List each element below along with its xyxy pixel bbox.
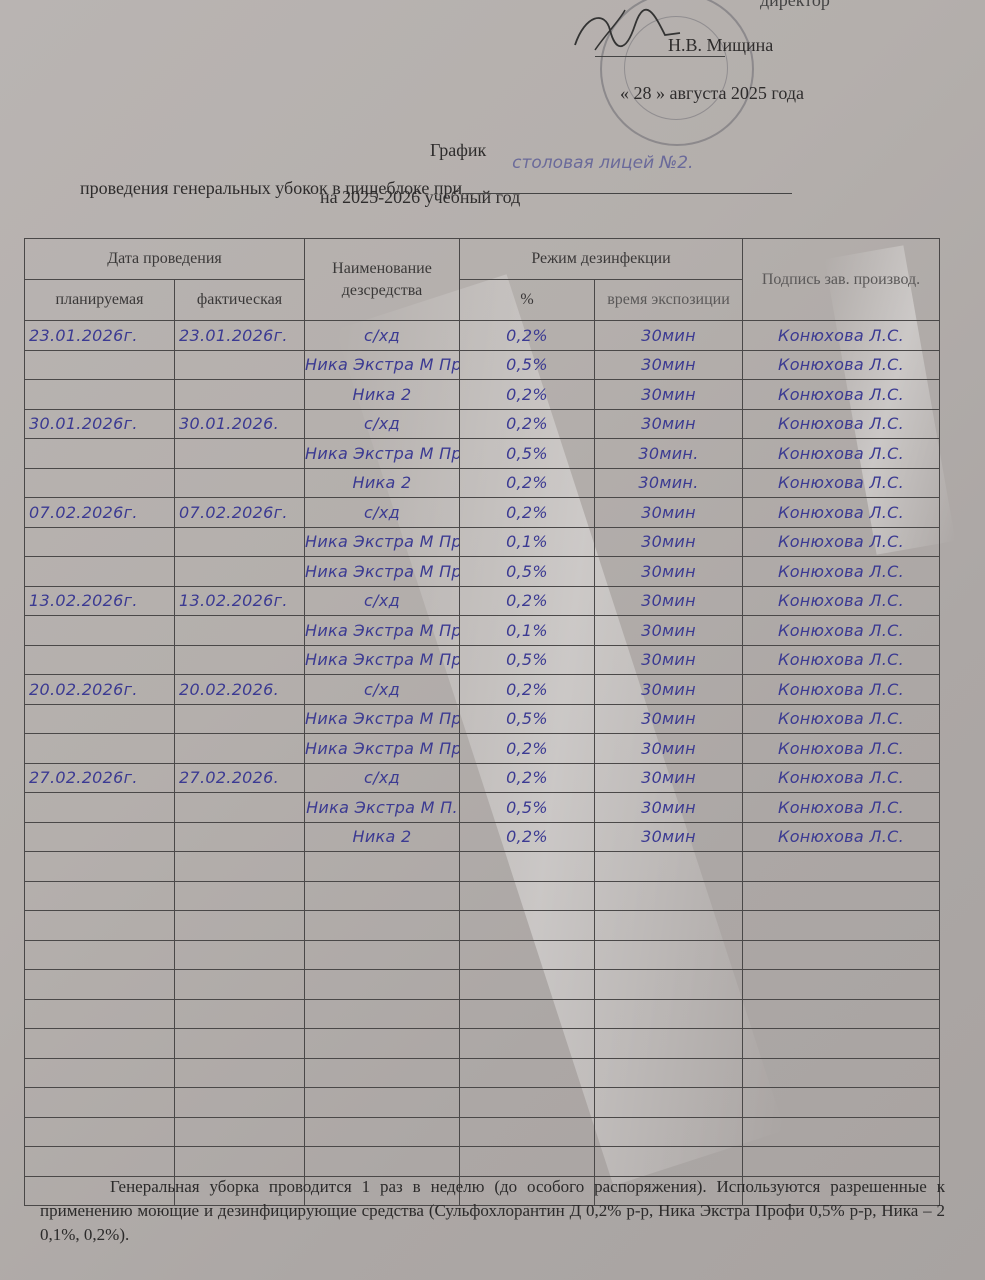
signature-cell: Конюхова Л.С. (743, 616, 940, 646)
title-line-1: График (430, 140, 486, 161)
signature-cell: Конюхова Л.С. (743, 321, 940, 351)
signature-cell: Конюхова Л.С. (743, 527, 940, 557)
actual-date-cell (175, 1058, 305, 1088)
signature-cell: Конюхова Л.С. (743, 734, 940, 764)
agent-cell (305, 881, 460, 911)
agent-cell: Ника Экстра М Пр. (305, 645, 460, 675)
exposure-time-cell (595, 1029, 743, 1059)
percent-cell: 0,5% (460, 793, 595, 823)
planned-date-cell (25, 527, 175, 557)
actual-date-cell: 23.01.2026г. (175, 321, 305, 351)
signature-cell: Конюхова Л.С. (743, 498, 940, 528)
header-mode-group: Режим дезинфекции (460, 239, 743, 280)
exposure-time-cell (595, 881, 743, 911)
planned-date-cell (25, 1058, 175, 1088)
approver-name: Н.В. Мищина (668, 35, 773, 56)
planned-date-cell (25, 999, 175, 1029)
table-row (25, 1058, 940, 1088)
table-row: 30.01.2026г.30.01.2026.с/хд0,2%30минКоню… (25, 409, 940, 439)
title-line-3: на 2025-2026 учебный год (320, 187, 520, 208)
table-row: Ника Экстра М Пр.0,5%30минКонюхова Л.С. (25, 645, 940, 675)
percent-cell (460, 999, 595, 1029)
planned-date-cell (25, 734, 175, 764)
actual-date-cell: 30.01.2026. (175, 409, 305, 439)
header-percent: % (460, 280, 595, 321)
exposure-time-cell (595, 940, 743, 970)
percent-cell: 0,5% (460, 439, 595, 469)
exposure-time-cell: 30мин (595, 704, 743, 734)
agent-cell (305, 999, 460, 1029)
percent-cell: 0,5% (460, 350, 595, 380)
actual-date-cell (175, 852, 305, 882)
table-row: 13.02.2026г.13.02.2026г.с/хд0,2%30минКон… (25, 586, 940, 616)
table-row: 27.02.2026г.27.02.2026.с/хд0,2%30минКоню… (25, 763, 940, 793)
table-row (25, 999, 940, 1029)
planned-date-cell: 27.02.2026г. (25, 763, 175, 793)
table-row: Ника Экстра М Пр.0,2%30минКонюхова Л.С. (25, 734, 940, 764)
planned-date-cell (25, 852, 175, 882)
percent-cell: 0,5% (460, 704, 595, 734)
agent-cell (305, 911, 460, 941)
signature-cell (743, 881, 940, 911)
actual-date-cell (175, 999, 305, 1029)
exposure-time-cell (595, 1147, 743, 1177)
table-row (25, 881, 940, 911)
actual-date-cell (175, 1117, 305, 1147)
percent-cell (460, 1147, 595, 1177)
exposure-time-cell: 30мин (595, 763, 743, 793)
actual-date-cell (175, 557, 305, 587)
exposure-time-cell: 30мин (595, 793, 743, 823)
agent-cell: Ника Экстра М Пр. (305, 439, 460, 469)
actual-date-cell (175, 734, 305, 764)
agent-cell: с/хд (305, 498, 460, 528)
exposure-time-cell (595, 852, 743, 882)
header-planned: планируемая (25, 280, 175, 321)
exposure-time-cell: 30мин (595, 822, 743, 852)
exposure-time-cell (595, 911, 743, 941)
planned-date-cell (25, 350, 175, 380)
actual-date-cell (175, 822, 305, 852)
agent-cell: Ника Экстра М П. (305, 793, 460, 823)
planned-date-cell: 07.02.2026г. (25, 498, 175, 528)
signature-cell (743, 940, 940, 970)
actual-date-cell (175, 527, 305, 557)
actual-date-cell (175, 940, 305, 970)
agent-cell (305, 1088, 460, 1118)
agent-cell (305, 970, 460, 1000)
table-row: Ника 20,2%30мин.Конюхова Л.С. (25, 468, 940, 498)
table-row: 23.01.2026г.23.01.2026г.с/хд0,2%30минКон… (25, 321, 940, 351)
exposure-time-cell: 30мин (595, 616, 743, 646)
exposure-time-cell: 30мин (595, 409, 743, 439)
planned-date-cell (25, 940, 175, 970)
table-row (25, 1088, 940, 1118)
actual-date-cell: 13.02.2026г. (175, 586, 305, 616)
actual-date-cell (175, 1029, 305, 1059)
actual-date-cell (175, 970, 305, 1000)
agent-cell (305, 1029, 460, 1059)
planned-date-cell (25, 645, 175, 675)
signature-cell (743, 852, 940, 882)
actual-date-cell (175, 439, 305, 469)
approver-role: директор (760, 0, 830, 11)
exposure-time-cell (595, 1058, 743, 1088)
exposure-time-cell: 30мин (595, 557, 743, 587)
header-agent: Наименование дезсредства (305, 239, 460, 321)
planned-date-cell (25, 1117, 175, 1147)
actual-date-cell (175, 1147, 305, 1177)
table-row (25, 852, 940, 882)
approval-date: « 28 » августа 2025 года (620, 83, 804, 104)
exposure-time-cell: 30мин (595, 350, 743, 380)
table-row: Ника Экстра М Пр.0,1%30минКонюхова Л.С. (25, 527, 940, 557)
table-row (25, 1117, 940, 1147)
actual-date-cell (175, 881, 305, 911)
table-row: Ника Экстра М Пр.0,5%30минКонюхова Л.С. (25, 557, 940, 587)
header-exposure: время экспозиции (595, 280, 743, 321)
agent-cell: Ника 2 (305, 822, 460, 852)
exposure-time-cell: 30мин (595, 734, 743, 764)
agent-cell: Ника Экстра М Пр. (305, 527, 460, 557)
agent-cell: Ника 2 (305, 468, 460, 498)
actual-date-cell: 27.02.2026. (175, 763, 305, 793)
header-signature: Подпись зав. производ. (743, 239, 940, 321)
table-row (25, 970, 940, 1000)
percent-cell: 0,2% (460, 734, 595, 764)
footer-text: Генеральная уборка проводится 1 раз в не… (40, 1177, 945, 1244)
signature-cell (743, 911, 940, 941)
exposure-time-cell: 30мин (595, 380, 743, 410)
percent-cell: 0,1% (460, 616, 595, 646)
agent-cell: Ника Экстра М Пр. (305, 350, 460, 380)
planned-date-cell: 23.01.2026г. (25, 321, 175, 351)
signature-cell: Конюхова Л.С. (743, 763, 940, 793)
actual-date-cell: 20.02.2026. (175, 675, 305, 705)
exposure-time-cell (595, 970, 743, 1000)
agent-cell: Ника Экстра М Пр. (305, 557, 460, 587)
table-row: Ника Экстра М Пр.0,5%30минКонюхова Л.С. (25, 704, 940, 734)
signature-cell: Конюхова Л.С. (743, 409, 940, 439)
table-row: Ника 20,2%30минКонюхова Л.С. (25, 380, 940, 410)
signature-cell: Конюхова Л.С. (743, 822, 940, 852)
agent-cell: Ника Экстра М Пр. (305, 616, 460, 646)
actual-date-cell: 07.02.2026г. (175, 498, 305, 528)
percent-cell: 0,2% (460, 498, 595, 528)
percent-cell: 0,2% (460, 763, 595, 793)
exposure-time-cell: 30мин (595, 498, 743, 528)
signature-cell (743, 970, 940, 1000)
approval-block: директор Н.В. Мищина « 28 » августа 2025… (560, 0, 860, 110)
planned-date-cell: 20.02.2026г. (25, 675, 175, 705)
exposure-time-cell: 30мин (595, 675, 743, 705)
signature-cell: Конюхова Л.С. (743, 380, 940, 410)
percent-cell: 0,2% (460, 822, 595, 852)
percent-cell: 0,2% (460, 380, 595, 410)
exposure-time-cell: 30мин. (595, 468, 743, 498)
planned-date-cell (25, 616, 175, 646)
agent-cell: Ника Экстра М Пр. (305, 704, 460, 734)
percent-cell (460, 911, 595, 941)
actual-date-cell (175, 616, 305, 646)
signature-cell: Конюхова Л.С. (743, 704, 940, 734)
table-row (25, 940, 940, 970)
signature-cell: Конюхова Л.С. (743, 439, 940, 469)
percent-cell (460, 852, 595, 882)
signature-cell: Конюхова Л.С. (743, 675, 940, 705)
agent-cell: с/хд (305, 586, 460, 616)
signature-cell (743, 1029, 940, 1059)
percent-cell: 0,2% (460, 409, 595, 439)
planned-date-cell: 30.01.2026г. (25, 409, 175, 439)
exposure-time-cell: 30мин (595, 586, 743, 616)
actual-date-cell (175, 1088, 305, 1118)
exposure-time-cell: 30мин (595, 321, 743, 351)
agent-cell: с/хд (305, 409, 460, 439)
table-row: Ника Экстра М Пр.0,1%30минКонюхова Л.С. (25, 616, 940, 646)
actual-date-cell (175, 645, 305, 675)
planned-date-cell (25, 970, 175, 1000)
percent-cell: 0,5% (460, 645, 595, 675)
signature-cell: Конюхова Л.С. (743, 468, 940, 498)
actual-date-cell (175, 350, 305, 380)
percent-cell: 0,2% (460, 675, 595, 705)
planned-date-cell (25, 468, 175, 498)
percent-cell: 0,1% (460, 527, 595, 557)
agent-cell (305, 1058, 460, 1088)
signature-cell: Конюхова Л.С. (743, 557, 940, 587)
facility-handwritten: столовая лицей №2. (512, 153, 693, 173)
actual-date-cell (175, 468, 305, 498)
planned-date-cell (25, 439, 175, 469)
agent-cell: с/хд (305, 763, 460, 793)
signature-line (595, 56, 725, 57)
signature-cell: Конюхова Л.С. (743, 586, 940, 616)
actual-date-cell (175, 380, 305, 410)
actual-date-cell (175, 911, 305, 941)
exposure-time-cell: 30мин (595, 645, 743, 675)
signature-cell: Конюхова Л.С. (743, 645, 940, 675)
table-row (25, 911, 940, 941)
agent-cell (305, 852, 460, 882)
percent-cell (460, 1088, 595, 1118)
planned-date-cell (25, 1147, 175, 1177)
table-row (25, 1147, 940, 1177)
footer-note: Генеральная уборка проводится 1 раз в не… (40, 1175, 945, 1247)
signature-cell (743, 1147, 940, 1177)
percent-cell (460, 1029, 595, 1059)
signature-cell (743, 1058, 940, 1088)
agent-cell: с/хд (305, 321, 460, 351)
percent-cell: 0,2% (460, 321, 595, 351)
planned-date-cell (25, 1029, 175, 1059)
planned-date-cell (25, 557, 175, 587)
table-row (25, 1029, 940, 1059)
percent-cell: 0,2% (460, 468, 595, 498)
percent-cell (460, 1058, 595, 1088)
signature-cell (743, 999, 940, 1029)
exposure-time-cell (595, 1117, 743, 1147)
percent-cell: 0,2% (460, 586, 595, 616)
agent-cell: Ника 2 (305, 380, 460, 410)
table-row: 07.02.2026г.07.02.2026г.с/хд0,2%30минКон… (25, 498, 940, 528)
signature-cell (743, 1117, 940, 1147)
planned-date-cell (25, 380, 175, 410)
percent-cell: 0,5% (460, 557, 595, 587)
table-row: Ника Экстра М П.0,5%30минКонюхова Л.С. (25, 793, 940, 823)
signature-cell: Конюхова Л.С. (743, 350, 940, 380)
table-row: Ника Экстра М Пр.0,5%30минКонюхова Л.С. (25, 350, 940, 380)
actual-date-cell (175, 704, 305, 734)
planned-date-cell (25, 822, 175, 852)
exposure-time-cell (595, 999, 743, 1029)
header-date-group: Дата проведения (25, 239, 305, 280)
table-row: 20.02.2026г.20.02.2026.с/хд0,2%30минКоню… (25, 675, 940, 705)
planned-date-cell: 13.02.2026г. (25, 586, 175, 616)
agent-cell (305, 1117, 460, 1147)
exposure-time-cell: 30мин (595, 527, 743, 557)
cleaning-schedule-table: Дата проведения Наименование дезсредства… (24, 238, 940, 1206)
header-actual: фактическая (175, 280, 305, 321)
actual-date-cell (175, 793, 305, 823)
agent-cell: Ника Экстра М Пр. (305, 734, 460, 764)
percent-cell (460, 970, 595, 1000)
planned-date-cell (25, 911, 175, 941)
table-row: Ника 20,2%30минКонюхова Л.С. (25, 822, 940, 852)
percent-cell (460, 1117, 595, 1147)
table-row: Ника Экстра М Пр.0,5%30мин.Конюхова Л.С. (25, 439, 940, 469)
planned-date-cell (25, 704, 175, 734)
signature-cell: Конюхова Л.С. (743, 793, 940, 823)
planned-date-cell (25, 881, 175, 911)
exposure-time-cell (595, 1088, 743, 1118)
agent-cell (305, 1147, 460, 1177)
percent-cell (460, 881, 595, 911)
agent-cell: с/хд (305, 675, 460, 705)
percent-cell (460, 940, 595, 970)
planned-date-cell (25, 793, 175, 823)
agent-cell (305, 940, 460, 970)
exposure-time-cell: 30мин. (595, 439, 743, 469)
planned-date-cell (25, 1088, 175, 1118)
signature-cell (743, 1088, 940, 1118)
